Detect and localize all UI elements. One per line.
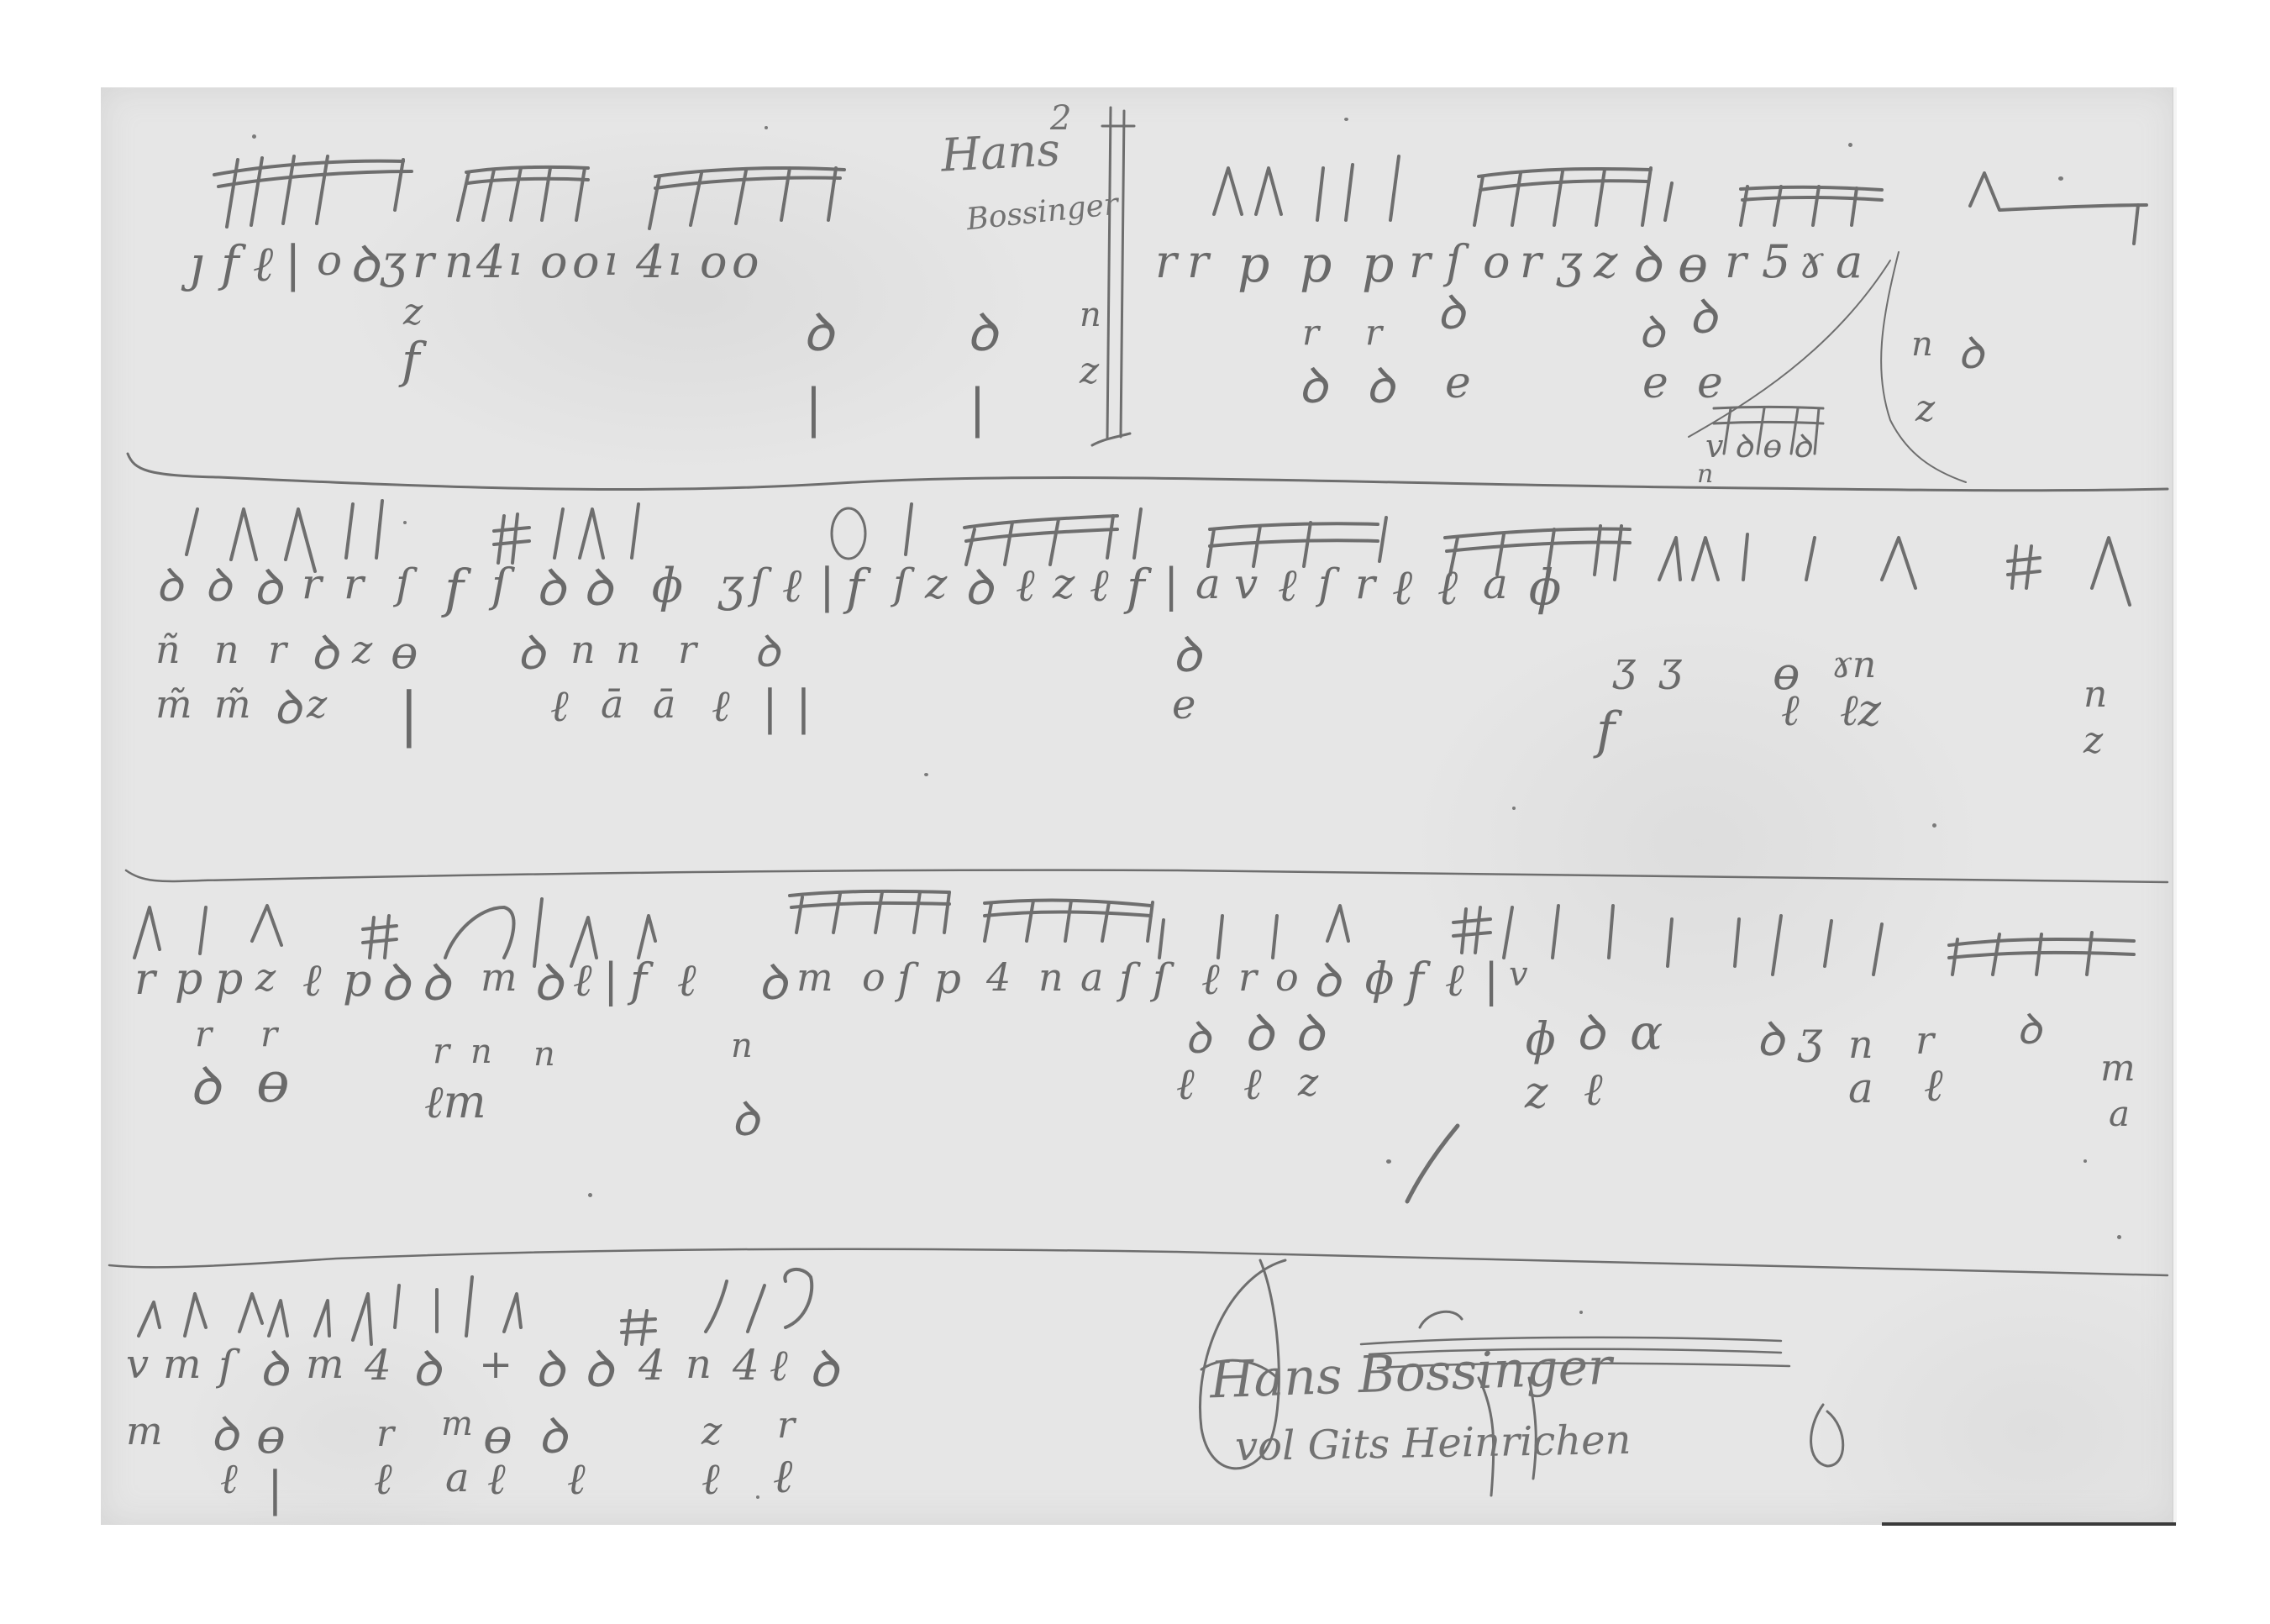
- tab-letter: ʒ: [718, 563, 750, 608]
- tab-letter: ɵ: [256, 1055, 290, 1111]
- system-2-tablature-row-3: m̃ m̃ ꝺ z | ℓ ā ā ℓ | |: [155, 685, 829, 744]
- tab-letter: n: [1848, 1025, 1873, 1064]
- tab-letter: n: [214, 630, 268, 669]
- tab-letter: p: [215, 958, 255, 1001]
- tab-letter: ꝺ: [259, 1344, 306, 1393]
- tab-letter: ℓ: [567, 1458, 586, 1501]
- system-1-rhythm-flags: [214, 156, 2147, 244]
- tab-letter: f: [1406, 958, 1445, 1005]
- tab-letter: n: [470, 1035, 492, 1069]
- tab-letter: m: [126, 1411, 163, 1450]
- tab-letter: ℓ: [1176, 1063, 1195, 1106]
- tab-letter: ꝺ: [808, 1344, 847, 1395]
- tab-letter: o: [1275, 958, 1312, 996]
- tab-letter: ꝺ: [535, 563, 582, 613]
- tab-letter: |: [1164, 563, 1195, 608]
- tab-letter: ℓ: [1016, 563, 1053, 608]
- tab-letter: r: [260, 1017, 277, 1052]
- tab-letter: |: [399, 685, 550, 744]
- tab-letter: ꝺ: [731, 1096, 759, 1143]
- tab-letter: n: [2083, 676, 2107, 713]
- tab-letter: +: [479, 1344, 534, 1385]
- tab-letter: r: [1187, 239, 1237, 285]
- tab-letter: m: [306, 1344, 365, 1385]
- tab-letter: z: [1594, 239, 1631, 285]
- tab-letter: n: [1038, 958, 1080, 996]
- tab-letter: ꝺ: [517, 630, 570, 677]
- system-1-tablature-row-1b: r r p p p r ſ o r ʒ z ꝺ ɵ r 5 ɤ a: [1155, 239, 1873, 290]
- tab-letter: ℓ: [701, 1458, 720, 1501]
- system-4-tablature-row-1: v m ſ ꝺ m 4 ꝺ + ꝺ ꝺ 4 n 4 ℓ ꝺ: [126, 1344, 847, 1395]
- tab-letter: 4: [986, 958, 1038, 996]
- tab-letter: ℓ: [712, 685, 762, 728]
- tab-letter: ꝺ: [1631, 239, 1678, 290]
- tab-letter: ʒ: [1659, 647, 1682, 687]
- tab-letter: |: [1484, 958, 1509, 1003]
- tab-letter: ℓz: [1840, 689, 1881, 733]
- tab-letter: a: [1080, 958, 1119, 996]
- tab-letter: r: [268, 630, 310, 669]
- tab-letter: ſ: [1153, 958, 1201, 1000]
- tab-letter: r: [376, 1416, 394, 1453]
- bracket-curve: [1881, 252, 1966, 482]
- tab-letter: ꝺ: [533, 958, 573, 1008]
- tab-letter: ꝺ: [204, 563, 253, 608]
- tab-letter: n: [731, 1029, 753, 1063]
- tab-letter: o: [862, 958, 897, 996]
- tab-letter: ꝺ: [802, 307, 833, 359]
- tab-letter: ʒ: [1613, 647, 1636, 687]
- tab-letter: m: [163, 1344, 218, 1385]
- tab-letter: f: [630, 958, 677, 1003]
- tab-letter: ſ: [396, 563, 444, 605]
- system-divider-3: [109, 1249, 2168, 1275]
- tab-letter: ℓ: [1584, 1067, 1603, 1112]
- tab-letter: n: [616, 630, 678, 669]
- tab-letter: n: [570, 630, 616, 669]
- tab-letter: ſ: [1119, 958, 1153, 1000]
- tab-letter: ℓ: [1278, 563, 1318, 608]
- tab-letter: ꝺ: [210, 1411, 239, 1458]
- tab-letter: ñ: [155, 630, 214, 669]
- tab-letter: ꝺ: [155, 563, 204, 608]
- tab-letter: 4: [636, 239, 668, 285]
- tab-letter: m: [441, 1407, 473, 1441]
- tab-letter: a: [2109, 1096, 2130, 1132]
- tab-letter: f: [846, 563, 893, 612]
- tab-letter: a: [1836, 239, 1873, 285]
- tab-letter: ſ: [1318, 563, 1355, 605]
- tab-letter: r: [1302, 315, 1319, 350]
- tab-letter: ɑ: [1630, 1008, 1663, 1057]
- tab-letter: o: [572, 239, 604, 285]
- tab-letter: p: [1300, 239, 1362, 290]
- tab-letter: m: [2100, 1050, 2136, 1087]
- tab-letter: ꝺ: [538, 1411, 567, 1460]
- signature-line-2: vol Gits Heinrichen: [1235, 1416, 1632, 1470]
- tab-letter: r: [195, 1017, 212, 1052]
- header-inscription-line1: Hans: [939, 123, 1061, 181]
- tab-letter: ℓm: [424, 1080, 486, 1125]
- tab-letter: z: [352, 630, 391, 669]
- tab-letter: r: [1365, 315, 1382, 350]
- tab-letter: ꝺ: [1689, 294, 1717, 341]
- tab-letter: ſ: [750, 563, 782, 605]
- tab-letter: ı: [604, 239, 636, 281]
- tab-letter: n: [444, 239, 476, 285]
- system-divider-1: [128, 454, 2168, 491]
- double-barline: [1092, 108, 1134, 445]
- tab-letter: z: [701, 1411, 722, 1450]
- tab-letter: z: [1080, 353, 1099, 390]
- tab-letter: ꝺ: [412, 1344, 479, 1393]
- tab-letter: f: [1596, 706, 1615, 756]
- tab-letter: ā: [601, 685, 653, 723]
- tab-letter: ꝺ: [1243, 1008, 1274, 1059]
- system-2-tablature-row-1: ꝺ ꝺ ꝺ r r ſ f ſ ꝺ ꝺ ɸ ʒ ſ ℓ | f ſ z ꝺ ℓ …: [155, 563, 1574, 615]
- tab-letter: r: [1520, 239, 1557, 285]
- tab-letter: e: [1697, 361, 1723, 405]
- tab-letter: r: [1155, 239, 1187, 285]
- tab-letter: r: [1409, 239, 1446, 285]
- tab-letter: ℓ: [677, 958, 758, 1003]
- tab-letter: ꝺ: [310, 630, 352, 677]
- tab-letter: ɸ: [1525, 1017, 1556, 1062]
- tab-letter: 4: [476, 239, 508, 285]
- tab-letter: |: [603, 958, 630, 1003]
- tab-letter: ɵ: [1678, 239, 1725, 290]
- tab-letter: e: [1172, 685, 1195, 725]
- tab-letter: ȷ: [189, 239, 221, 288]
- tab-letter: p: [175, 958, 215, 1001]
- tab-letter: 4: [638, 1344, 686, 1386]
- tab-letter: ſ: [893, 563, 925, 605]
- tab-letter: 4: [365, 1344, 412, 1386]
- tab-letter: ℓ: [374, 1458, 392, 1501]
- tab-letter: |: [805, 382, 822, 434]
- tab-letter: p: [1237, 239, 1300, 290]
- tab-letter: ℓ: [1781, 689, 1800, 733]
- tab-letter: ʒ: [1798, 1017, 1822, 1060]
- tab-letter: ℓ: [773, 1453, 792, 1500]
- tab-letter: ℓ: [1201, 958, 1238, 1001]
- tab-letter: z: [1053, 563, 1090, 605]
- tab-letter: m: [796, 958, 862, 996]
- tab-letter: ɸ: [651, 563, 718, 610]
- tab-letter: ℓ: [1243, 1063, 1262, 1106]
- system-1-tablature-row-1: ȷ f ℓ | o ꝺ ʒ r n 4 ı o o ı 4 ı o o: [189, 239, 764, 290]
- tab-letter: r: [1355, 563, 1392, 605]
- tab-letter: ā: [653, 685, 712, 723]
- tab-letter: ꝺ: [754, 630, 1073, 674]
- tab-letter: ℓ: [253, 239, 285, 288]
- system-3-tablature-row-1: r p p z ℓ p ꝺ ꝺ m ꝺ ℓ | f ℓ ꝺ m o ſ p 4 …: [134, 958, 1534, 1008]
- tab-letter: ℓ: [770, 1344, 808, 1388]
- tab-letter: ꝺ: [1312, 958, 1364, 1005]
- tab-letter: f: [221, 239, 253, 288]
- tab-letter: m̃: [155, 685, 214, 723]
- tab-letter: ɤ: [1799, 239, 1836, 285]
- tab-letter: ɸ: [1528, 563, 1574, 612]
- tab-letter: ꝺ: [1756, 1017, 1784, 1064]
- tab-letter: r: [344, 563, 396, 605]
- tab-letter: |: [267, 1466, 283, 1513]
- tab-letter: ʒ: [381, 239, 412, 285]
- tab-letter: o: [700, 239, 732, 285]
- tab-letter: ɤn: [1831, 647, 1876, 684]
- stray-stroke: [1407, 1126, 1458, 1201]
- tab-letter: ꝺ: [2016, 1008, 2041, 1050]
- tab-letter: f: [444, 563, 491, 615]
- tab-letter: ꝺ: [189, 1060, 220, 1112]
- tab-letter: ℓ: [782, 563, 819, 610]
- tab-letter: z: [925, 563, 964, 605]
- tab-letter: r: [302, 563, 344, 605]
- tab-letter: ꝺ: [1638, 311, 1664, 355]
- tab-letter: r: [1915, 1021, 1934, 1059]
- tab-letter: z: [1298, 1063, 1318, 1101]
- tab-letter: ſ: [897, 958, 934, 1000]
- tab-letter: ꝺ: [273, 685, 307, 732]
- tab-letter: ꝺ: [582, 563, 651, 613]
- tab-letter: p: [343, 958, 380, 1003]
- tab-letter: o: [540, 239, 572, 285]
- tab-letter: m̃: [214, 685, 273, 723]
- tab-letter: |: [969, 382, 986, 434]
- tab-letter: ꝺ: [758, 958, 796, 1006]
- tab-letter: ℓ: [1924, 1063, 1943, 1108]
- tab-letter: ſ: [218, 1344, 259, 1386]
- tab-letter: ℓ: [487, 1458, 506, 1501]
- tab-letter: ꝺ: [966, 307, 997, 359]
- tab-letter: m: [481, 958, 533, 996]
- tab-letter: ſ: [491, 563, 535, 608]
- tab-letter: z: [255, 958, 302, 996]
- tab-letter: ꝺ: [534, 1344, 583, 1395]
- marginal-fragment-row2: n: [1697, 462, 1713, 487]
- system-divider-2: [126, 870, 2168, 882]
- system-4-rhythm-flags: [139, 1269, 812, 1344]
- tab-letter: r: [433, 1033, 449, 1069]
- tab-letter: z: [1915, 391, 1935, 428]
- tab-letter: ꝺ: [1437, 290, 1465, 337]
- tab-letter: |: [285, 239, 317, 288]
- tab-letter: ℓ: [550, 685, 601, 728]
- tab-letter: 5: [1762, 239, 1799, 285]
- tab-letter: ℓ: [1445, 958, 1484, 1003]
- tab-letter: ℓ: [1090, 563, 1127, 608]
- tab-letter: f: [402, 336, 419, 385]
- tab-letter: v: [1509, 958, 1534, 991]
- tab-letter: ı: [508, 239, 540, 281]
- tab-letter: ℓ: [1392, 563, 1437, 612]
- tab-letter: r: [1725, 239, 1762, 285]
- tab-letter: ꝺ: [380, 958, 420, 1008]
- tab-letter: r: [678, 630, 754, 669]
- tab-letter: ꝺ: [1298, 361, 1327, 410]
- tab-letter: ɵ: [256, 1411, 286, 1460]
- tab-letter: a: [1848, 1067, 1873, 1109]
- marginal-fragment-row1: v ꝺ ɵ ꝺ: [1705, 430, 1811, 462]
- tab-letter: ℓ: [1437, 563, 1483, 612]
- tab-letter: o: [1483, 239, 1520, 285]
- tab-letter: |: [796, 685, 829, 732]
- tab-letter: n: [1080, 298, 1101, 332]
- tab-letter: ɵ: [391, 630, 517, 675]
- tab-letter: p: [934, 958, 986, 1000]
- tab-letter: ʒ: [1557, 239, 1594, 285]
- tab-letter: ı: [668, 239, 700, 281]
- tab-letter: ɸ: [1364, 958, 1406, 1001]
- tab-letter: ꝺ: [1172, 630, 1201, 679]
- tab-letter: z: [1525, 1071, 1547, 1115]
- tab-letter: a: [445, 1458, 470, 1498]
- tab-letter: z: [2083, 723, 2103, 759]
- tab-letter: ꝺ: [420, 958, 481, 1008]
- tab-letter: ꝺ: [253, 563, 302, 612]
- tab-letter: 4: [733, 1344, 770, 1386]
- tab-letter: ℓ: [220, 1458, 238, 1500]
- tab-letter: n: [1911, 328, 1933, 361]
- tab-letter: e: [1445, 361, 1471, 405]
- tab-letter: ꝺ: [349, 239, 381, 290]
- tab-letter: ꝺ: [1575, 1008, 1605, 1057]
- tab-letter: r: [777, 1407, 795, 1444]
- tab-letter: ꝺ: [964, 563, 1016, 612]
- tab-letter: z: [307, 685, 399, 723]
- tab-letter: ꝺ: [1365, 361, 1395, 410]
- tab-letter: v: [126, 1344, 163, 1385]
- tab-letter: |: [819, 563, 846, 610]
- tab-letter: r: [1238, 958, 1275, 996]
- tab-letter: z: [403, 294, 423, 331]
- system-2-tablature-row-2: ñ n r ꝺ z ɵ ꝺ n n r ꝺ: [155, 630, 1073, 677]
- tab-letter: n: [686, 1344, 733, 1385]
- tab-letter: ꝺ: [583, 1344, 638, 1395]
- tab-letter: r: [134, 958, 175, 1001]
- tab-letter: r: [412, 239, 444, 285]
- tab-letter: ℓ: [302, 958, 343, 1003]
- tab-letter: n: [533, 1038, 555, 1071]
- tab-letter: ꝺ: [1294, 1008, 1324, 1059]
- tab-letter: ꝺ: [1185, 1017, 1211, 1060]
- tab-letter: a: [1483, 563, 1528, 605]
- tab-letter: |: [762, 685, 796, 732]
- tab-letter: o: [732, 239, 764, 285]
- header-inscription-superscript: 2: [1050, 99, 1071, 138]
- tab-letter: p: [1362, 239, 1409, 290]
- tab-letter: a: [1195, 563, 1234, 605]
- tab-letter: ℓ: [573, 958, 603, 1003]
- tab-letter: ſ: [1446, 239, 1483, 285]
- tab-letter: o: [317, 239, 349, 281]
- tab-letter: e: [1642, 361, 1668, 405]
- tab-letter: ꝺ: [1957, 332, 1984, 376]
- tab-letter: ɵ: [483, 1411, 512, 1460]
- tab-letter: v: [1234, 563, 1278, 605]
- tab-letter: f: [1127, 563, 1164, 612]
